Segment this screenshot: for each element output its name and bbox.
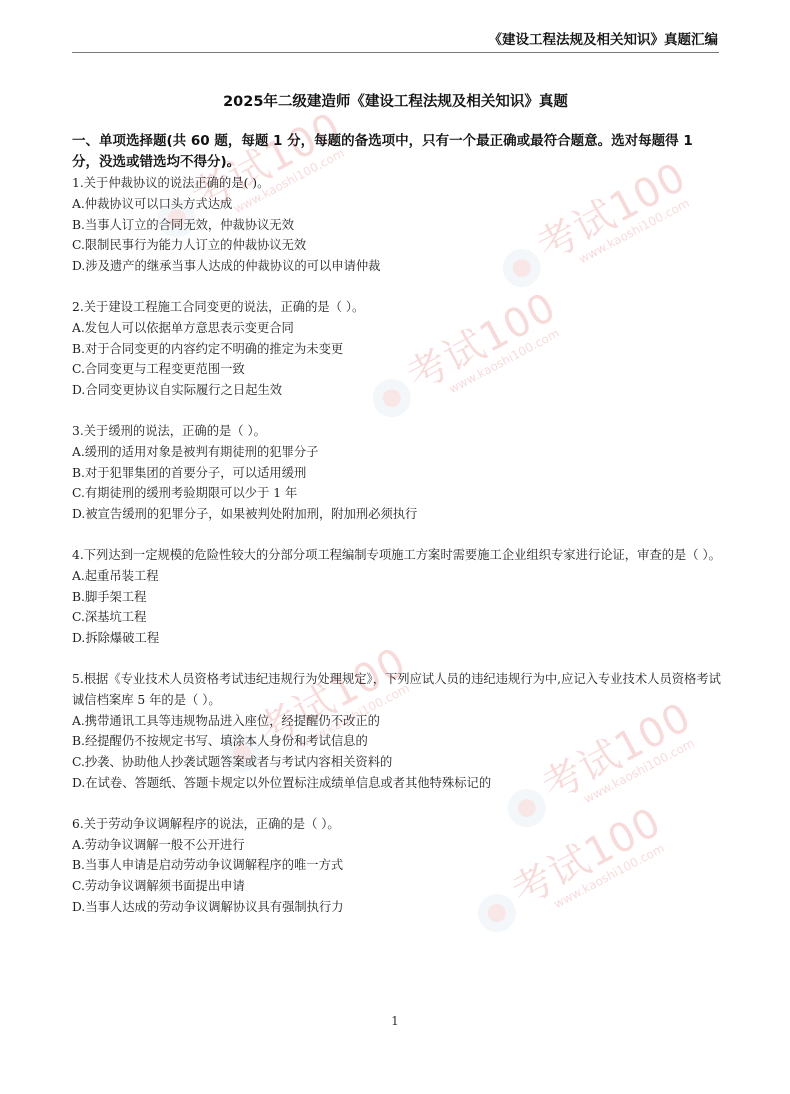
document-page: 考试100www.kaoshi100.com 考试100www.kaoshi10…	[0, 0, 790, 1094]
header-divider	[72, 52, 719, 53]
option-c: C.抄袭、协助他人抄袭试题答案或者与考试内容相关资料的	[72, 752, 722, 773]
option-d: D.被宣告缓刑的犯罪分子，如果被判处附加刑，附加刑必须执行	[72, 504, 722, 525]
option-a: A.仲裁协议可以口头方式达成	[72, 194, 722, 215]
option-d: D.涉及遗产的继承当事人达成的仲裁协议的可以申请仲裁	[72, 256, 722, 277]
question-stem: 3.关于缓刑的说法，正确的是（ ）。	[72, 421, 722, 442]
option-a: A.携带通讯工具等违规物品进入座位，经提醒仍不改正的	[72, 711, 722, 732]
option-d: D.在试卷、答题纸、答题卡规定以外位置标注成绩单信息或者其他特殊标记的	[72, 773, 722, 794]
option-a: A.发包人可以依据单方意思表示变更合同	[72, 318, 722, 339]
option-c: C.合同变更与工程变更范围一致	[72, 359, 722, 380]
option-c: C.限制民事行为能力人订立的仲裁协议无效	[72, 235, 722, 256]
question-4: 4.下列达到一定规模的危险性较大的分部分项工程编制专项施工方案时需要施工企业组织…	[72, 545, 722, 649]
question-6: 6.关于劳动争议调解程序的说法，正确的是（ ）。 A.劳动争议调解一般不公开进行…	[72, 814, 722, 918]
page-title: 2025年二级建造师《建设工程法规及相关知识》真题	[72, 92, 719, 112]
option-c: C.劳动争议调解须书面提出申请	[72, 876, 722, 897]
option-a: A.缓刑的适用对象是被判有期徒刑的犯罪分子	[72, 442, 722, 463]
option-d: D.合同变更协议自实际履行之日起生效	[72, 380, 722, 401]
option-b: B.当事人申请是启动劳动争议调解程序的唯一方式	[72, 855, 722, 876]
question-list: 1.关于仲裁协议的说法正确的是( )。 A.仲裁协议可以口头方式达成 B.当事人…	[72, 173, 722, 938]
option-c: C.深基坑工程	[72, 607, 722, 628]
question-stem: 5.根据《专业技术人员资格考试违纪违规行为处理规定》，下列应试人员的违纪违规行为…	[72, 669, 722, 711]
option-b: B.经提醒仍不按规定书写、填涂本人身份和考试信息的	[72, 731, 722, 752]
question-1: 1.关于仲裁协议的说法正确的是( )。 A.仲裁协议可以口头方式达成 B.当事人…	[72, 173, 722, 277]
question-stem: 2.关于建设工程施工合同变更的说法，正确的是（ ）。	[72, 297, 722, 318]
option-b: B.当事人订立的合同无效，仲裁协议无效	[72, 215, 722, 236]
option-d: D.拆除爆破工程	[72, 628, 722, 649]
option-a: A.起重吊装工程	[72, 566, 722, 587]
question-3: 3.关于缓刑的说法，正确的是（ ）。 A.缓刑的适用对象是被判有期徒刑的犯罪分子…	[72, 421, 722, 525]
question-5: 5.根据《专业技术人员资格考试违纪违规行为处理规定》，下列应试人员的违纪违规行为…	[72, 669, 722, 794]
option-b: B.脚手架工程	[72, 587, 722, 608]
option-c: C.有期徒刑的缓刑考验期限可以少于 1 年	[72, 483, 722, 504]
question-stem: 4.下列达到一定规模的危险性较大的分部分项工程编制专项施工方案时需要施工企业组织…	[72, 545, 722, 566]
question-stem: 6.关于劳动争议调解程序的说法，正确的是（ ）。	[72, 814, 722, 835]
option-b: B.对于犯罪集团的首要分子，可以适用缓刑	[72, 463, 722, 484]
page-number: 1	[0, 1014, 790, 1028]
option-a: A.劳动争议调解一般不公开进行	[72, 835, 722, 856]
option-b: B.对于合同变更的内容约定不明确的推定为未变更	[72, 339, 722, 360]
running-header: 《建设工程法规及相关知识》真题汇编	[72, 30, 718, 52]
section-heading: 一、单项选择题(共 60 题，每题 1 分，每题的备选项中，只有一个最正确或最符…	[72, 131, 722, 173]
option-d: D.当事人达成的劳动争议调解协议具有强制执行力	[72, 897, 722, 918]
question-stem: 1.关于仲裁协议的说法正确的是( )。	[72, 173, 722, 194]
question-2: 2.关于建设工程施工合同变更的说法，正确的是（ ）。 A.发包人可以依据单方意思…	[72, 297, 722, 401]
